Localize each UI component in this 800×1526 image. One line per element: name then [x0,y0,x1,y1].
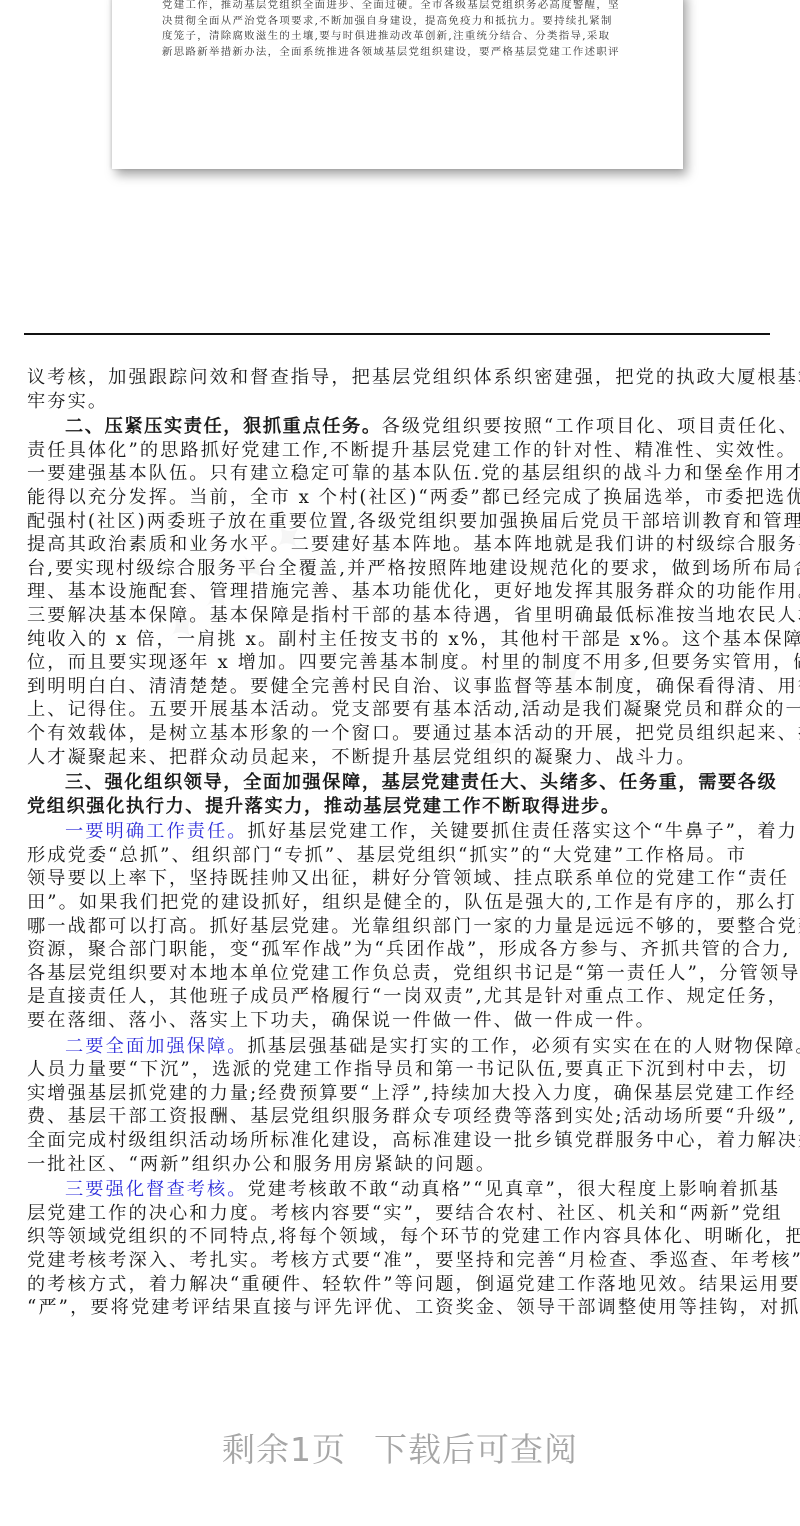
text-line: 理、基本设施配套、管理措施完善、基本功能优化，更好地发挥其服务群众的功能作用。 [27,580,787,604]
text-line: 提高其政治素质和业务水平。二要建好基本阵地。基本阵地就是我们讲的村级综合服务平 [27,533,787,557]
text-line: 资源，聚合部门职能，变“孤军作战”为“兵团作战”，形成各方参与、齐抓共管的合力, [27,938,787,962]
text-line: 二要全面加强保障。抓基层强基础是实打实的工作，必须有实实在在的人财物保障。 [27,1035,787,1059]
page-divider [24,333,770,335]
paragraph-subsection-2: 二要全面加强保障。抓基层强基础是实打实的工作，必须有实实在在的人财物保障。 人员… [27,1035,787,1177]
text-line: 到明明白白、清清楚楚。要健全完善村民自治、议事监督等基本制度，确保看得清、用得 [27,675,787,699]
text-line: 是直接责任人，其他班子成员严格履行“一岗双责”,尤其是针对重点工作、规定任务， [27,985,787,1009]
paragraph-subsection-3: 三要强化督查考核。党建考核敢不敢“动真格”“见真章”，很大程度上影响着抓基 层党… [27,1178,787,1320]
text-line: 能得以充分发挥。当前，全市 x 个村(社区)“两委”都已经完成了换届选举，市委把… [27,486,787,510]
text-line: 议考核，加强跟踪问效和督查指导，把基层党组织体系织密建强，把党的执政大厦根基筑 [27,366,787,390]
text-line: 要在落细、落小、落实上下功夫，确保说一件做一件、做一件成一件。 [27,1009,787,1033]
text-line: 个有效载体，是树立基本形象的一个窗口。要通过基本活动的开展，把党员组织起来、把 [27,722,787,746]
text-line: 台,要实现村级综合服务平台全覆盖,并严格按照阵地建设规范化的要求，做到场所布局合 [27,557,787,581]
subsection-heading: 一要明确工作责任。 [65,821,248,842]
text-line: 位，而且要实现逐年 x 增加。四要完善基本制度。村里的制度不用多,但要务实管用，… [27,651,787,675]
text-line: 人才凝聚起来、把群众动员起来，不断提升基层党组织的凝聚力、战斗力。 [27,746,787,770]
text-line: 一批社区、“两新”组织办公和服务用房紧缺的问题。 [27,1153,787,1177]
text-span: 各级党组织要按照“工作项目化、项目责任化、 [382,416,799,437]
text-line: 哪一战都可以打高。抓好基层党建。光靠组织部门一家的力量是远远不够的，要整合党建 [27,915,787,939]
paragraph-section-3: 三、强化组织领导，全面加强保障，基层党建责任大、头绪多、任务重，需要各级 党组织… [27,771,787,818]
text-line: 层党建工作的决心和力度。考核内容要“实”，要结合农村、社区、机关和“两新”党组 [27,1202,787,1226]
text-line: 三要解决基本保障。基本保障是指村干部的基本待遇，省里明确最低标准按当地农民人均 [27,604,787,628]
download-label[interactable]: 下载后可查阅 [374,1430,578,1469]
text-line: 牢夯实。 [27,390,787,414]
text-line: 形成党委“总抓”、组织部门“专抓”、基层党组织“抓实”的“大党建”工作格局。市 [27,844,787,868]
paragraph-section-2: 二、压紧压实责任，狠抓重点任务。各级党组织要按照“工作项目化、项目责任化、 责任… [27,415,787,769]
remaining-pages-label[interactable]: 剩余1页 [222,1430,346,1469]
text-line: 的考核方式，着力解决“重硬件、轻软件”等问题，倒逼党建工作落地见效。结果运用要 [27,1273,787,1297]
preview-line: 党建工作，推动基层党组织全面进步、全面过硬。全市各级基层党组织务必高度警醒，坚 [162,0,642,14]
text-line: 一要明确工作责任。抓好基层党建工作，关键要抓住责任落实这个“牛鼻子”，着力 [27,820,787,844]
text-line: 纯收入的 x 倍，一肩挑 x。副村主任按支书的 x%，其他村干部是 x%。这个基… [27,628,787,652]
previous-page-preview: 党建工作，推动基层党组织全面进步、全面过硬。全市各级基层党组织务必高度警醒，坚 … [112,0,683,169]
text-line: 织等领域党组织的不同特点,将每个领域，每个环节的党建工作内容具体化、明晰化，把 [27,1225,787,1249]
text-line: 人员力量要“下沉”，选派的党建工作指导员和第一书记队伍,要真正下沉到村中去，切 [27,1058,787,1082]
preview-line: 度笼子，清除腐败滋生的土壤,要与时俱进推动改革创新,注重统分结合、分类指导,采取 [162,29,642,45]
text-line: 配强村(社区)两委班子放在重要位置,各级党组织要加强换届后党员干部培训教育和管理… [27,510,787,534]
text-line: 责任具体化”的思路抓好党建工作,不断提升基层党建工作的针对性、精准性、实效性。 [27,439,787,463]
subsection-heading: 三要强化督查考核。 [65,1179,248,1200]
text-line: 实增强基层抓党建的力量;经费预算要“上浮”,持续加大投入力度，确保基层党建工作经 [27,1082,787,1106]
preview-line: 新思路新举措新办法，全面系统推进各领域基层党组织建设，要严格基层党建工作述职评 [162,45,642,61]
preview-line: 决贯彻全面从严治党各项要求,不断加强自身建设，提高免疫力和抵抗力。要持续扎紧制 [162,14,642,30]
text-line: 一要建强基本队伍。只有建立稳定可靠的基本队伍.党的基层组织的战斗力和堡垒作用才 [27,462,787,486]
text-line: 二、压紧压实责任，狠抓重点任务。各级党组织要按照“工作项目化、项目责任化、 [27,415,787,439]
text-line: 费、基层干部工资报酬、基层党组织服务群众专项经费等落到实处;活动场所要“升级”, [27,1105,787,1129]
document-body: 议考核，加强跟踪问效和督查指导，把基层党组织体系织密建强，把党的执政大厦根基筑 … [27,366,787,1320]
paragraph: 议考核，加强跟踪问效和督查指导，把基层党组织体系织密建强，把党的执政大厦根基筑 … [27,366,787,413]
text-line: 田”。如果我们把党的建设抓好，组织是健全的，队伍是强大的,工作是有序的，那么打 [27,891,787,915]
text-line: 各基层党组织要对本地本单位党建工作负总责，党组织书记是“第一责任人”，分管领导 [27,962,787,986]
text-line: “严”，要将党建考评结果直接与评先评优、工资奖金、领导干部调整使用等挂钩，对抓 [27,1296,787,1320]
subsection-heading: 二要全面加强保障。 [65,1036,248,1057]
preview-text: 党建工作，推动基层党组织全面进步、全面过硬。全市各级基层党组织务必高度警醒，坚 … [162,0,642,60]
text-line: 全面完成村级组织活动场所标准化建设，高标准建设一批乡镇党群服务中心，着力解决好 [27,1129,787,1153]
download-to-read-prompt[interactable]: 剩余1页下载后可查阅 [0,1424,800,1471]
text-span: 抓好基层党建工作，关键要抓住责任落实这个“牛鼻子”，着力 [248,821,798,842]
text-line: 领导要以上率下，坚持既挂帅又出征，耕好分管领域、挂点联系单位的党建工作“责任 [27,867,787,891]
text-line: 三要强化督查考核。党建考核敢不敢“动真格”“见真章”，很大程度上影响着抓基 [27,1178,787,1202]
section-heading: 二、压紧压实责任，狠抓重点任务。 [65,416,382,437]
text-span: 抓基层强基础是实打实的工作，必须有实实在在的人财物保障。 [248,1036,800,1057]
section-heading: 三、强化组织领导，全面加强保障，基层党建责任大、头绪多、任务重，需要各级 [27,771,787,795]
text-span: 党建考核敢不敢“动真格”“见真章”，很大程度上影响着抓基 [248,1179,781,1200]
paragraph-subsection-1: 一要明确工作责任。抓好基层党建工作，关键要抓住责任落实这个“牛鼻子”，着力 形成… [27,820,787,1032]
text-line: 党建考核考深入、考扎实。考核方式要“准”，要坚持和完善“月检查、季巡查、年考核” [27,1249,787,1273]
text-line: 上、记得住。五要开展基本活动。党支部要有基本活动,活动是我们凝聚党员和群众的一 [27,698,787,722]
section-heading: 党组织强化执行力、提升落实力，推动基层党建工作不断取得进步。 [27,795,787,819]
